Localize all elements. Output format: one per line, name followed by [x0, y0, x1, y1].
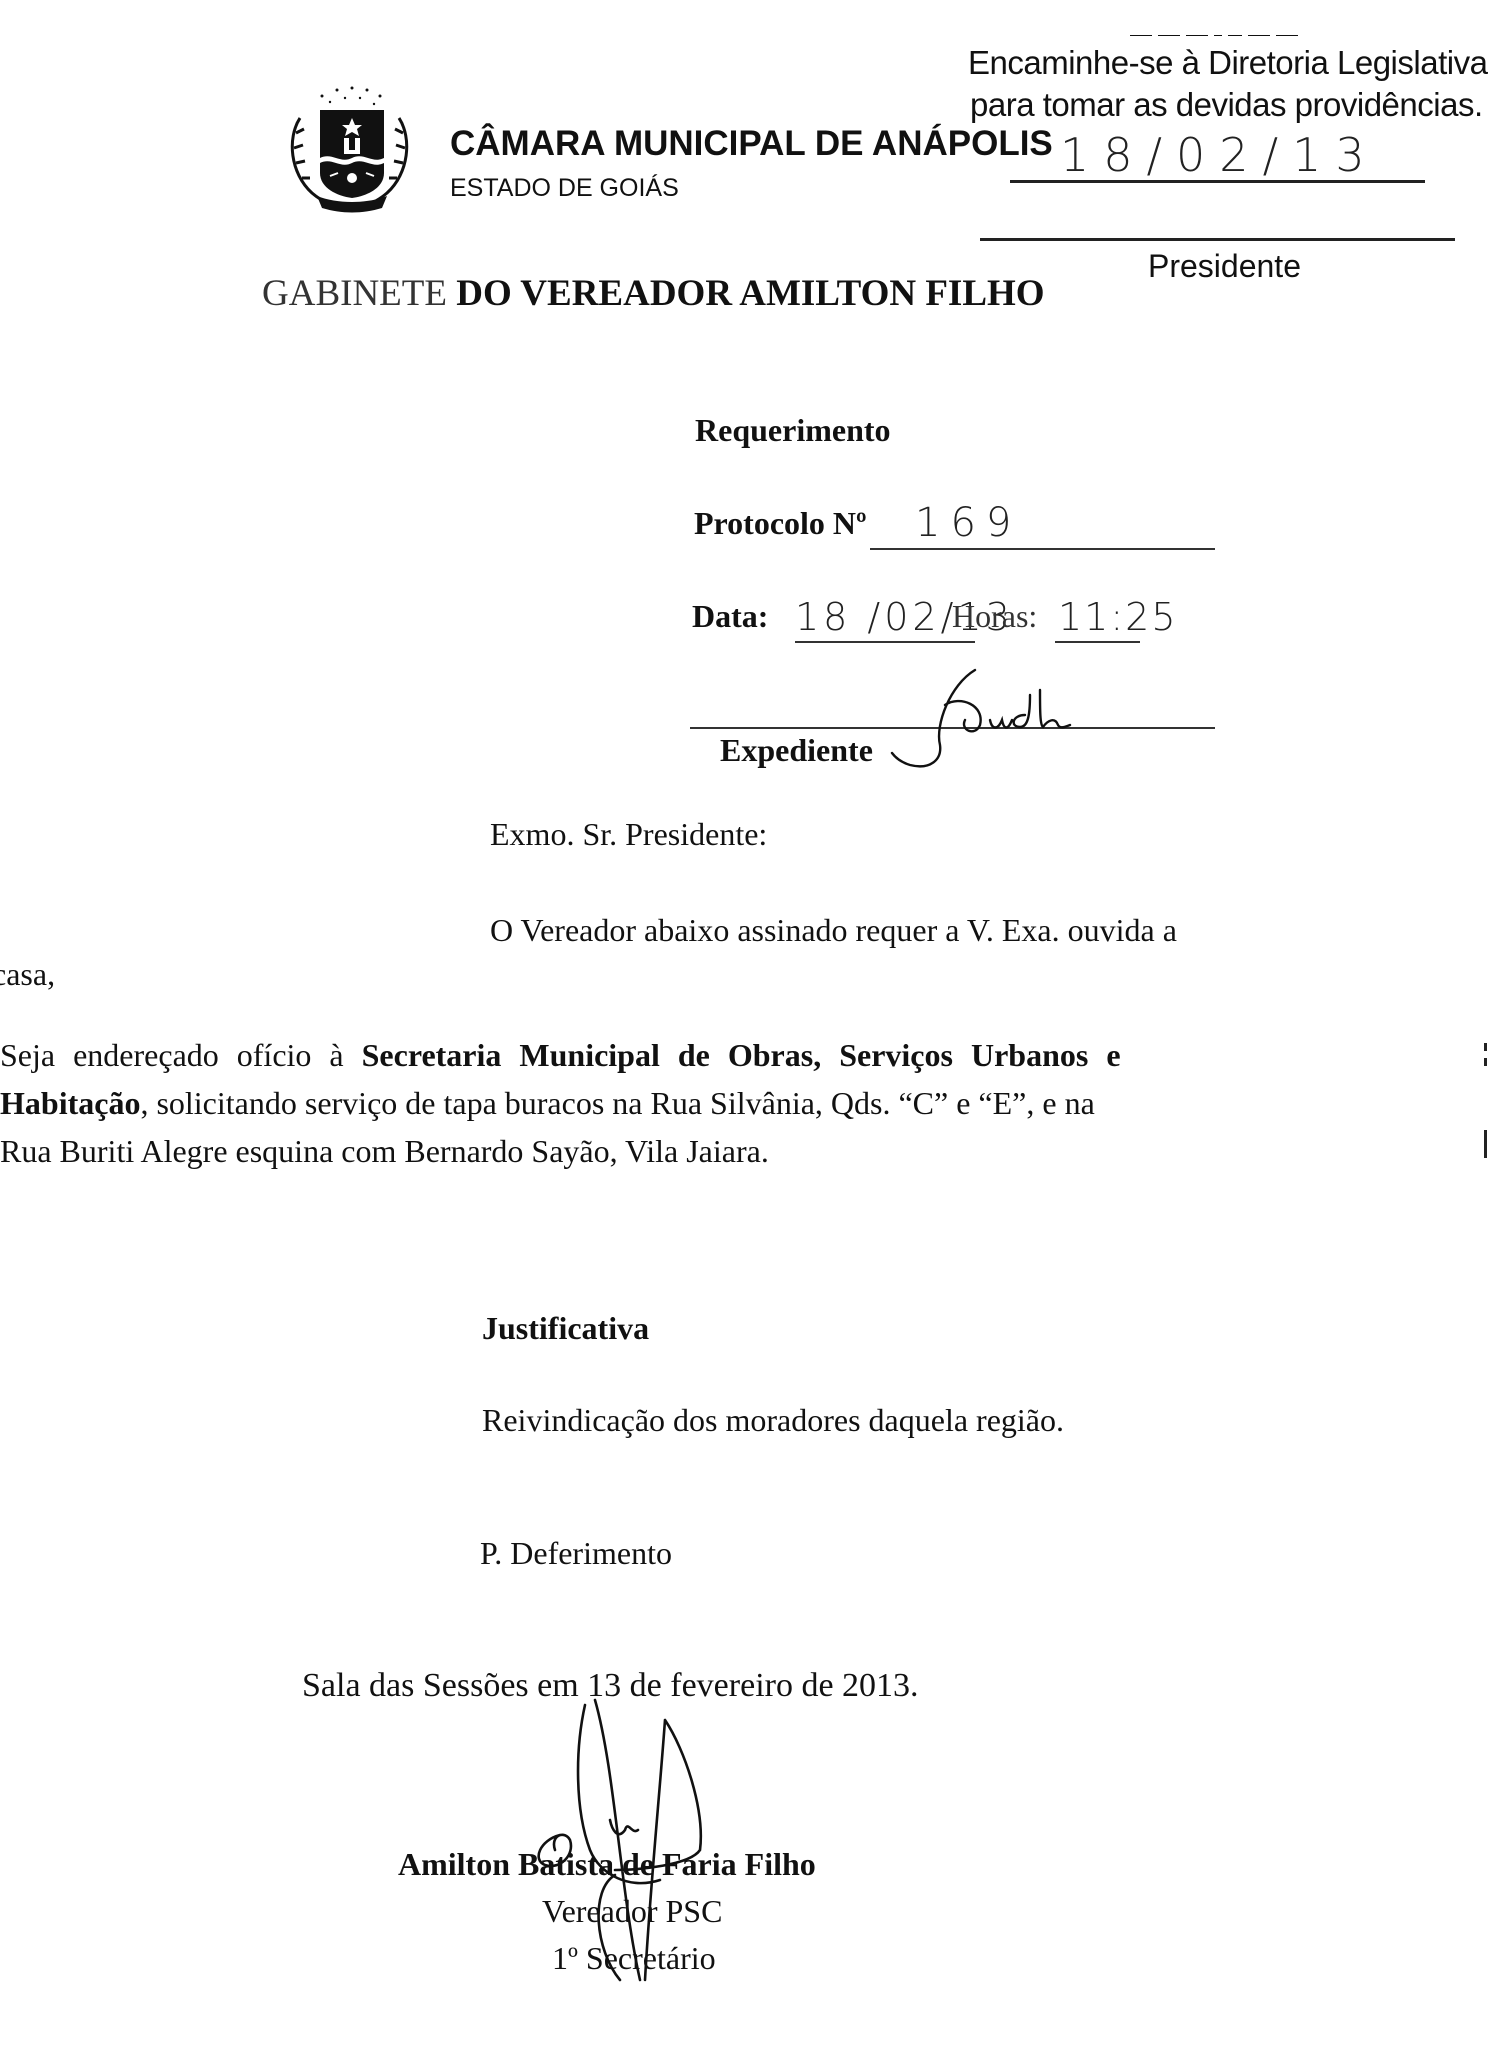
coat-of-arms-logo — [282, 78, 417, 218]
time-value: 11:25 — [1058, 595, 1178, 639]
office-heading-prefix: GABINETE — [262, 273, 447, 314]
date-underline — [795, 641, 975, 643]
salutation: Exmo. Sr. Presidente: — [490, 816, 767, 853]
protocol-underline — [870, 548, 1215, 550]
intro-line2: casa, — [0, 956, 55, 993]
justification-text: Reivindicação dos moradores daquela regi… — [482, 1402, 1064, 1439]
signatory-role: Vereador PSC — [542, 1893, 722, 1930]
justification-heading: Justificativa — [482, 1310, 649, 1347]
signatory-name: Amilton Batista de Faria Filho — [398, 1846, 816, 1883]
expediente-label: Expediente — [720, 732, 873, 769]
closing-text: P. Deferimento — [480, 1535, 672, 1572]
scan-mark — [1484, 1058, 1487, 1066]
request-line1: Seja endereçado ofício à Secretaria Muni… — [0, 1037, 1121, 1074]
state-subtitle: ESTADO DE GOIÁS — [450, 174, 679, 203]
signatory-position: 1º Secretário — [552, 1940, 716, 1977]
protocol-value: 169 — [915, 500, 1021, 546]
time-underline — [1055, 641, 1140, 643]
request-recipient-cont: Habitação — [0, 1085, 140, 1121]
request-line3: Rua Buriti Alegre esquina com Bernardo S… — [0, 1133, 769, 1170]
request-prefix: Seja endereçado ofício à — [0, 1037, 362, 1073]
institution-title: CÂMARA MUNICIPAL DE ANÁPOLIS — [450, 124, 1053, 164]
stamp-text-line1: Encaminhe-se à Diretoria Legislativa — [968, 44, 1487, 82]
stamp-text-line2: para tomar as devidas providências. — [970, 86, 1483, 124]
intro-line1: O Vereador abaixo assinado requer a V. E… — [490, 912, 1177, 949]
date-label: Data: — [692, 598, 768, 635]
office-heading-rest: DO VEREADOR AMILTON FILHO — [456, 273, 1044, 314]
stamp-date-line — [1010, 180, 1425, 183]
form-type-label: Requerimento — [695, 412, 891, 449]
office-heading: GABINETE DO VEREADOR AMILTON FILHO — [262, 272, 1045, 315]
scan-mark — [1484, 1130, 1487, 1158]
stamp-signature-line — [980, 238, 1455, 241]
time-label: Horas: — [952, 598, 1037, 635]
expediente-signature — [880, 665, 1120, 775]
stamp-signature-role: Presidente — [1148, 248, 1301, 285]
stamp-date-handwritten: 18/02/13 — [1060, 128, 1379, 182]
stamp-heading-partial — [1130, 28, 1310, 36]
request-line2-text: , solicitando serviço de tapa buracos na… — [140, 1085, 1094, 1121]
request-recipient: Secretaria Municipal de Obras, Serviços … — [362, 1037, 1121, 1073]
request-line2: Habitação, solicitando serviço de tapa b… — [0, 1085, 1095, 1122]
protocol-label: Protocolo Nº — [694, 505, 867, 542]
scan-mark — [1484, 1043, 1487, 1051]
